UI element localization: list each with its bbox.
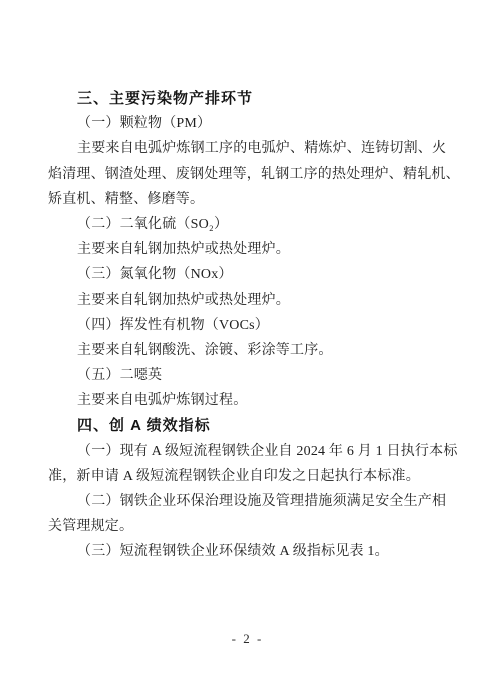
- paragraph-a2-line-2: 关管理规定。: [48, 514, 452, 539]
- paragraph-a1-line-1: （一）现有 A 级短流程钢铁企业自 2024 年 6 月 1 日执行本标: [48, 439, 452, 464]
- item-title-5-dioxin: （五）二噁英: [48, 363, 452, 388]
- section-heading-3-pollutant-emission-points: 三、主要污染物产排环节: [48, 86, 452, 111]
- paragraph-dioxin-source: 主要来自电弧炉炼钢过程。: [48, 388, 452, 413]
- paragraph-so2-source: 主要来自轧钢加热炉或热处理炉。: [48, 237, 452, 262]
- item-title-1-particulate-matter: （一）颗粒物（PM）: [48, 111, 452, 136]
- paragraph-a1-line-2: 准，新申请 A 级短流程钢铁企业自印发之日起执行本标准。: [48, 464, 452, 489]
- paragraph-vocs-source: 主要来自轧钢酸洗、涂镀、彩涂等工序。: [48, 338, 452, 363]
- paragraph-pm-line-1: 主要来自电弧炉炼钢工序的电弧炉、精炼炉、连铸切割、火: [48, 136, 452, 161]
- paragraph-a2-line-1: （二）钢铁企业环保治理设施及管理措施须满足安全生产相: [48, 489, 452, 514]
- item-title-4-vocs: （四）挥发性有机物（VOCs）: [48, 313, 452, 338]
- document-body: 三、主要污染物产排环节 （一）颗粒物（PM） 主要来自电弧炉炼钢工序的电弧炉、精…: [48, 86, 452, 565]
- document-page: 三、主要污染物产排环节 （一）颗粒物（PM） 主要来自电弧炉炼钢工序的电弧炉、精…: [0, 0, 495, 699]
- paragraph-pm-line-3: 矫直机、精整、修磨等。: [48, 187, 452, 212]
- paragraph-a3-see-table-1: （三）短流程钢铁企业环保绩效 A 级指标见表 1。: [48, 539, 452, 564]
- section-heading-4-grade-a-performance-indicators: 四、创 A 绩效指标: [48, 413, 452, 438]
- page-number: - 2 -: [0, 630, 495, 648]
- paragraph-nox-source: 主要来自轧钢加热炉或热处理炉。: [48, 288, 452, 313]
- item-title-3-nitrogen-oxides: （三）氮氧化物（NOx）: [48, 262, 452, 287]
- item-title-2-sulfur-dioxide: （二）二氧化硫（SO₂）: [48, 212, 452, 237]
- paragraph-pm-line-2: 焰清理、钢渣处理、废钢处理等，轧钢工序的热处理炉、精轧机、: [48, 162, 452, 187]
